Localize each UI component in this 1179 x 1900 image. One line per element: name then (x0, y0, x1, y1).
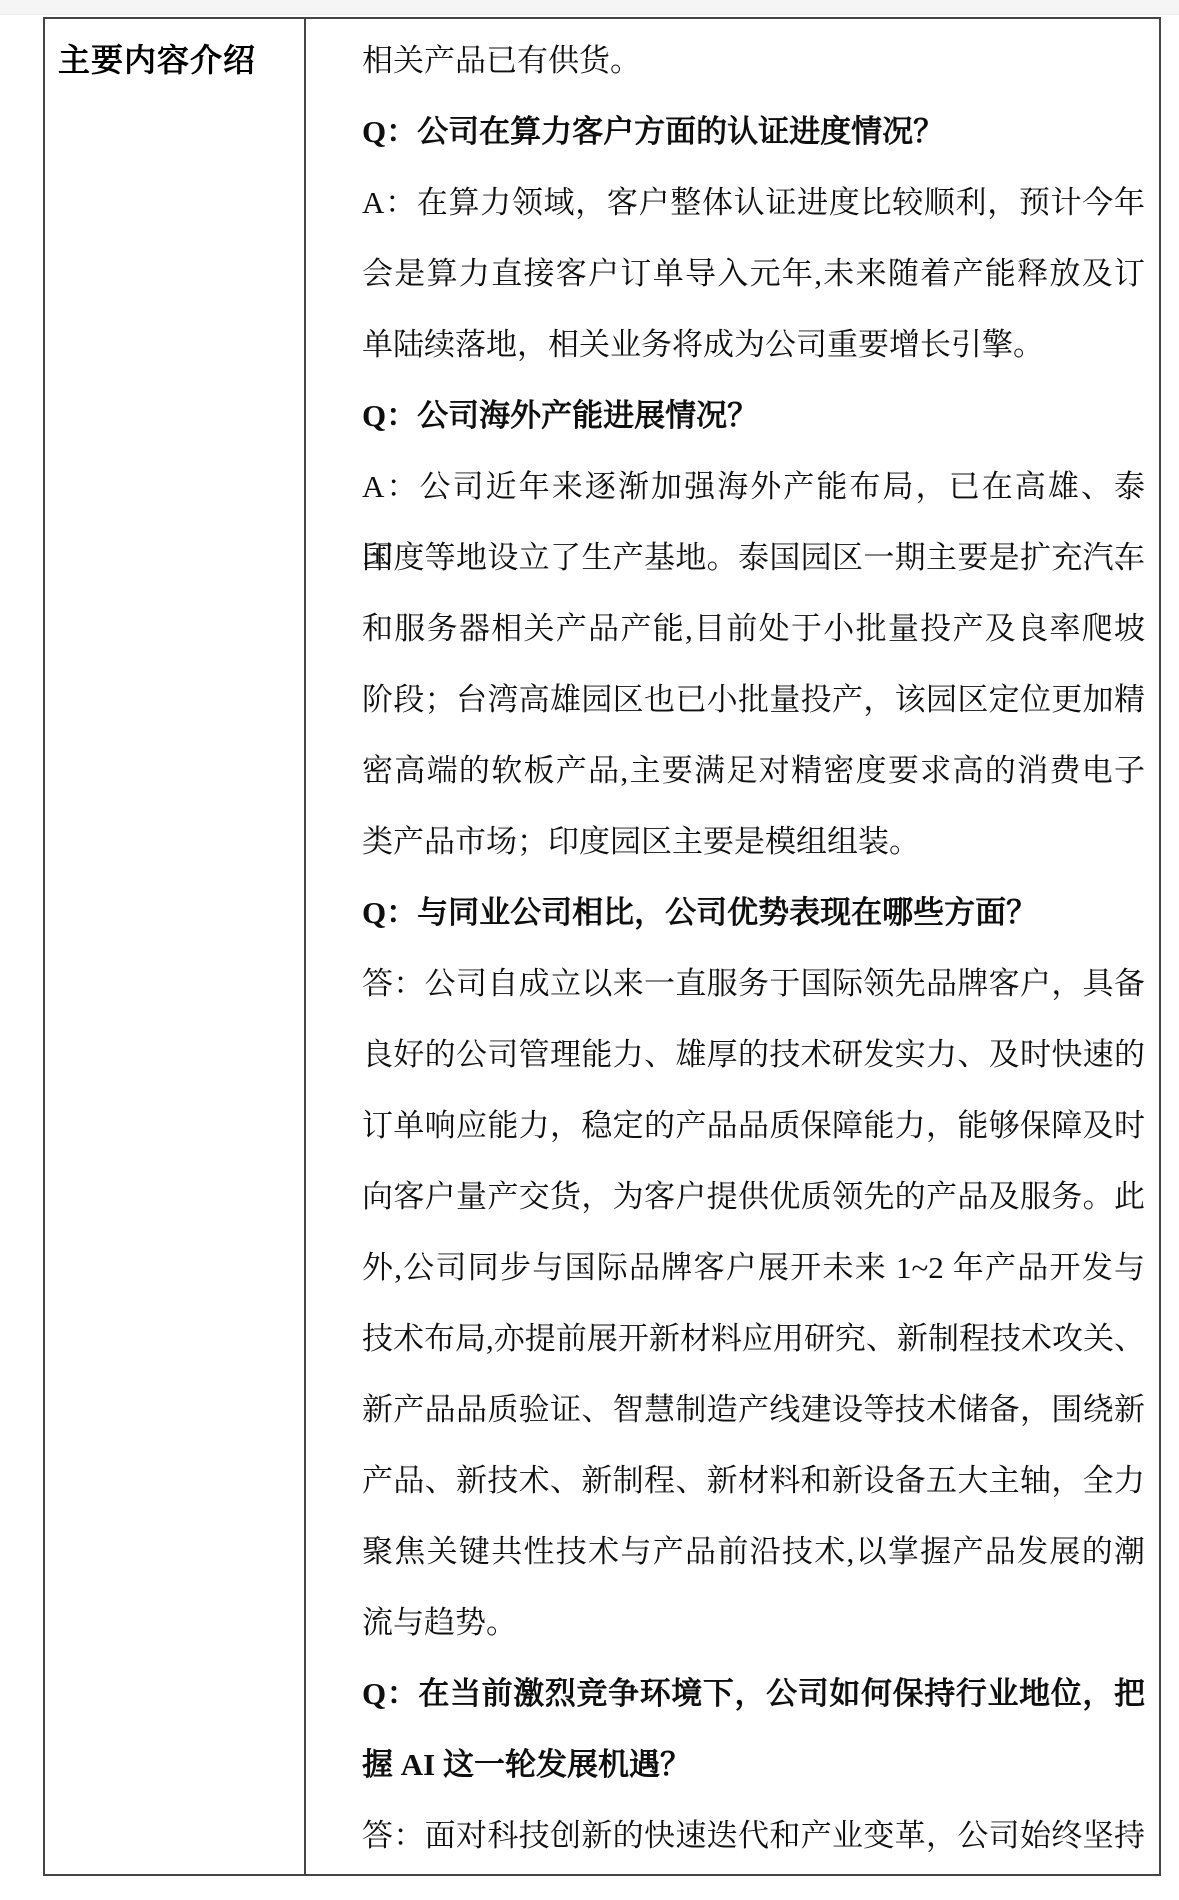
content-line: 良好的公司管理能力、雄厚的技术研发实力、及时快速的 (362, 1019, 1145, 1090)
row-header-cell: 主要内容介绍 (45, 19, 306, 1874)
content-line: Q：在当前激烈竞争环境下，公司如何保持行业地位，把 (362, 1658, 1145, 1729)
content-line: 流与趋势。 (362, 1587, 1145, 1658)
content-line: 单陆续落地，相关业务将成为公司重要增长引擎。 (362, 309, 1145, 380)
page-top-strip (0, 0, 1179, 15)
content-line: 向客户量产交货，为客户提供优质领先的产品及服务。此 (362, 1161, 1145, 1232)
content-line: 答：面对科技创新的快速迭代和产业变革，公司始终坚持 (362, 1800, 1145, 1871)
content-line: Q：与同业公司相比，公司优势表现在哪些方面？ (362, 877, 1145, 948)
content-line: 类产品市场；印度园区主要是模组组装。 (362, 806, 1145, 877)
row-header-label: 主要内容介绍 (58, 25, 304, 96)
content-line: 产品、新技术、新制程、新材料和新设备五大主轴，全力 (362, 1445, 1145, 1516)
content-line: 印度等地设立了生产基地。泰国园区一期主要是扩充汽车 (362, 522, 1145, 593)
content-line: 相关产品已有供货。 (362, 25, 1145, 96)
content-line: Q：公司在算力客户方面的认证进度情况？ (362, 96, 1145, 167)
content-line: 握 AI 这一轮发展机遇？ (362, 1729, 1145, 1800)
content-line: A：在算力领域，客户整体认证进度比较顺利，预计今年 (362, 167, 1145, 238)
content-line: Q：公司海外产能进展情况？ (362, 380, 1145, 451)
content-line: 密高端的软板产品,主要满足对精密度要求高的消费电子 (362, 735, 1145, 806)
content-line: 会是算力直接客户订单导入元年,未来随着产能释放及订 (362, 238, 1145, 309)
content-line: 新产品品质验证、智慧制造产线建设等技术储备，围绕新 (362, 1374, 1145, 1445)
content-cell: 相关产品已有供货。Q：公司在算力客户方面的认证进度情况？A：在算力领域，客户整体… (306, 19, 1159, 1874)
content-line: 技术布局,亦提前展开新材料应用研究、新制程技术攻关、 (362, 1303, 1145, 1374)
content-line: A：公司近年来逐渐加强海外产能布局，已在高雄、泰国、 (362, 451, 1145, 522)
content-line: 和服务器相关产品产能,目前处于小批量投产及良率爬坡 (362, 593, 1145, 664)
content-line: 外,公司同步与国际品牌客户展开未来 1~2 年产品开发与 (362, 1232, 1145, 1303)
content-line: 答：公司自成立以来一直服务于国际领先品牌客户，具备 (362, 948, 1145, 1019)
content-line: 聚焦关键共性技术与产品前沿技术,以掌握产品发展的潮 (362, 1516, 1145, 1587)
content-line: 阶段；台湾高雄园区也已小批量投产，该园区定位更加精 (362, 664, 1145, 735)
document-table: 主要内容介绍 相关产品已有供货。Q：公司在算力客户方面的认证进度情况？A：在算力… (43, 17, 1161, 1876)
content-line: 订单响应能力，稳定的产品品质保障能力，能够保障及时 (362, 1090, 1145, 1161)
